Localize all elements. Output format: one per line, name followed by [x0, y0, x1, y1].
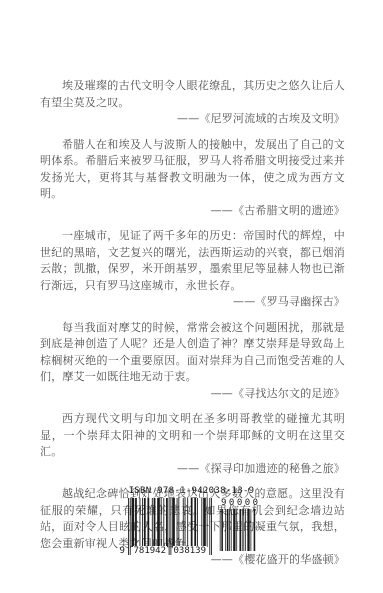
- barcode-row: 9 781942 038139 90000: [128, 498, 256, 555]
- quote-text: 西方现代文明与印加文明在圣多明哥教堂的碰撞尤其明显，一个崇拜太阳神的文明和一个崇…: [40, 411, 345, 461]
- ean13-digit-group2: 038139: [173, 546, 208, 556]
- quote-source: ——《探寻印加遗迹的秘鲁之旅》: [40, 461, 345, 478]
- quote: 每当我面对摩艾的时候，常常会被这个问题困扰，那就是到底是神创造了人呢？还是人创造…: [40, 320, 345, 403]
- isbn-number: ISBN 978-1-942038-13-9: [128, 486, 256, 496]
- book-back-cover: 埃及璀璨的古代文明令人眼花缭乱，其历史之悠久让后人有望尘莫及之叹。 ——《尼罗河…: [0, 0, 383, 593]
- quote-source: ——《古希腊文明的遗迹》: [40, 203, 345, 220]
- quote-source: ——《寻找达尔文的足迹》: [40, 386, 345, 403]
- quote: 埃及璀璨的古代文明令人眼花缭乱，其历史之悠久让后人有望尘莫及之叹。 ——《尼罗河…: [40, 78, 345, 128]
- ean13-digits: 9 781942 038139: [128, 546, 212, 556]
- quote-text: 每当我面对摩艾的时候，常常会被这个问题困扰，那就是到底是神创造了人呢？还是人创造…: [40, 320, 345, 386]
- ean5-bars: [219, 509, 256, 551]
- supplement-number: 90000: [219, 498, 256, 508]
- ean13-digit-group1: 781942: [133, 546, 168, 556]
- isbn-barcode-block: ISBN 978-1-942038-13-9 9 781942 038139 9…: [128, 486, 256, 555]
- quote-text: 埃及璀璨的古代文明令人眼花缭乱，其历史之悠久让后人有望尘莫及之叹。: [40, 78, 345, 111]
- quote: 西方现代文明与印加文明在圣多明哥教堂的碰撞尤其明显，一个崇拜太阳神的文明和一个崇…: [40, 411, 345, 477]
- quote-text: 希腊人在和埃及人与波斯人的接触中，发展出了自己的文明体系。希腊后来被罗马征服，罗…: [40, 137, 345, 203]
- quote-source: ——《尼罗河流域的古埃及文明》: [40, 111, 345, 128]
- quote: 一座城市，见证了两千多年的历史：帝国时代的辉煌，中世纪的黑暗，文艺复兴的曙光，法…: [40, 228, 345, 311]
- ean13-digit-lead: 9: [120, 546, 125, 556]
- quote-text: 一座城市，见证了两千多年的历史：帝国时代的辉煌，中世纪的黑暗，文艺复兴的曙光，法…: [40, 228, 345, 294]
- quote: 希腊人在和埃及人与波斯人的接触中，发展出了自己的文明体系。希腊后来被罗马征服，罗…: [40, 137, 345, 220]
- ean13-barcode: 9 781942 038139: [128, 498, 212, 555]
- quote-source: ——《罗马寻幽探古》: [40, 294, 345, 311]
- supplement-barcode: 90000: [219, 498, 256, 551]
